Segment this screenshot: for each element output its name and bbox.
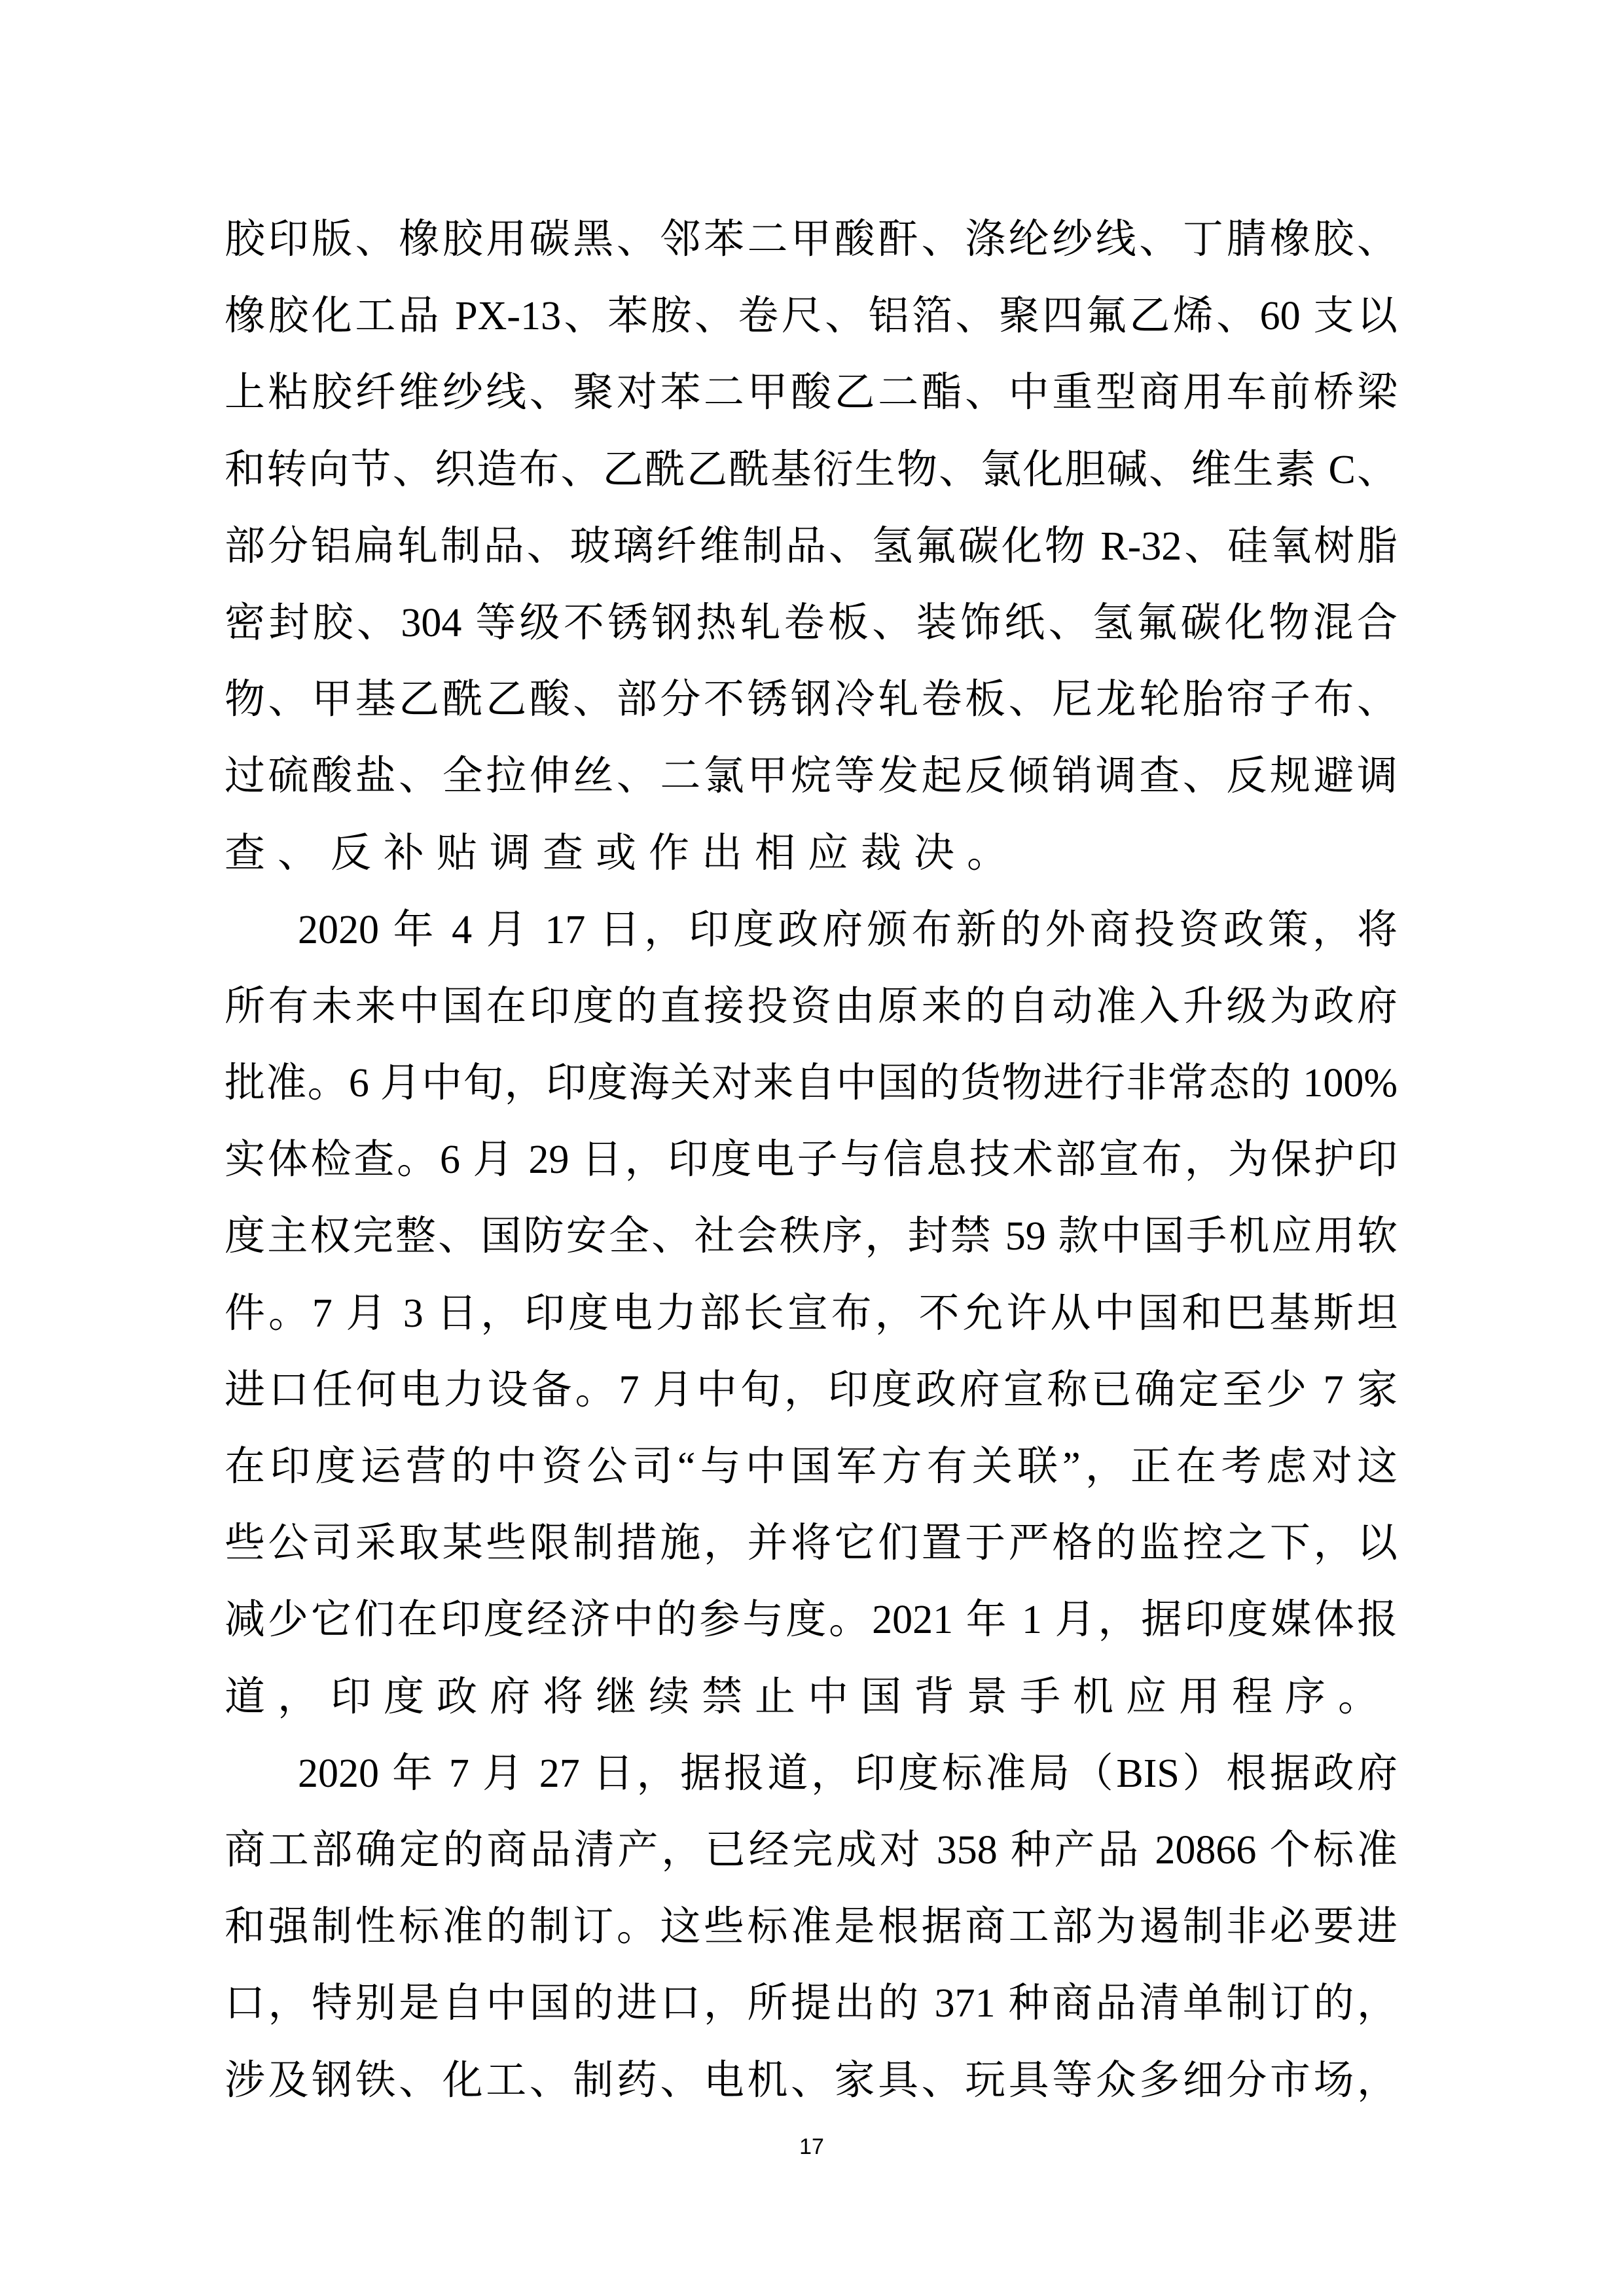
text-line: 道，印度政府将继续禁止中国背景手机应用程序。 (225, 1666, 1398, 1742)
page-number: 17 (785, 2134, 838, 2160)
text-line: 过硫酸盐、全拉伸丝、二氯甲烷等发起反倾销调查、反规避调 (225, 745, 1398, 821)
text-line: 批准。6 月中旬，印度海关对来自中国的货物进行非常态的 100% (225, 1052, 1398, 1128)
body-text: 胶印版、橡胶用碳黑、邻苯二甲酸酐、涤纶纱线、丁腈橡胶、 橡胶化工品 PX-13、… (225, 208, 1398, 2126)
text-line: 胶印版、橡胶用碳黑、邻苯二甲酸酐、涤纶纱线、丁腈橡胶、 (225, 208, 1398, 285)
text-line: 减少它们在印度经济中的参与度。2021 年 1 月，据印度媒体报 (225, 1588, 1398, 1665)
paragraph-product-list: 胶印版、橡胶用碳黑、邻苯二甲酸酐、涤纶纱线、丁腈橡胶、 橡胶化工品 PX-13、… (225, 208, 1398, 899)
text-line: 橡胶化工品 PX-13、苯胺、卷尺、铝箔、聚四氟乙烯、60 支以 (225, 285, 1398, 361)
text-line: 进口任何电力设备。7 月中旬，印度政府宣称已确定至少 7 家 (225, 1359, 1398, 1435)
text-line: 口，特别是自中国的进口，所提出的 371 种商品清单制订的， (225, 1972, 1398, 2049)
text-line: 2020 年 4 月 17 日，印度政府颁布新的外商投资政策，将 (225, 899, 1398, 975)
document-page: 胶印版、橡胶用碳黑、邻苯二甲酸酐、涤纶纱线、丁腈橡胶、 橡胶化工品 PX-13、… (0, 0, 1624, 2296)
text-line: 和强制性标准的制订。这些标准是根据商工部为遏制非必要进 (225, 1895, 1398, 1972)
text-line: 查、反补贴调查或作出相应裁决。 (225, 822, 1398, 899)
text-line: 所有未来中国在印度的直接投资由原来的自动准入升级为政府 (225, 975, 1398, 1052)
paragraph-fdi-policy: 2020 年 4 月 17 日，印度政府颁布新的外商投资政策，将 所有未来中国在… (225, 899, 1398, 1742)
text-line: 密封胶、304 等级不锈钢热轧卷板、装饰纸、氢氟碳化物混合 (225, 592, 1398, 668)
text-line: 实体检查。6 月 29 日，印度电子与信息技术部宣布，为保护印 (225, 1128, 1398, 1205)
text-line: 上粘胶纤维纱线、聚对苯二甲酸乙二酯、中重型商用车前桥梁 (225, 361, 1398, 438)
text-line: 物、甲基乙酰乙酸、部分不锈钢冷轧卷板、尼龙轮胎帘子布、 (225, 668, 1398, 745)
paragraph-bis-standards: 2020 年 7 月 27 日，据报道，印度标准局（BIS）根据政府 商工部确定… (225, 1742, 1398, 2126)
text-line: 度主权完整、国防安全、社会秩序，封禁 59 款中国手机应用软 (225, 1205, 1398, 1282)
text-line: 件。7 月 3 日，印度电力部长宣布，不允许从中国和巴基斯坦 (225, 1282, 1398, 1359)
text-line: 部分铝扁轧制品、玻璃纤维制品、氢氟碳化物 R-32、硅氧树脂 (225, 515, 1398, 592)
text-line: 2020 年 7 月 27 日，据报道，印度标准局（BIS）根据政府 (225, 1742, 1398, 1819)
text-line: 涉及钢铁、化工、制药、电机、家具、玩具等众多细分市场， (225, 2049, 1398, 2126)
text-line: 和转向节、织造布、乙酰乙酰基衍生物、氯化胆碱、维生素 C、 (225, 439, 1398, 515)
text-line: 些公司采取某些限制措施，并将它们置于严格的监控之下，以 (225, 1512, 1398, 1588)
text-line: 商工部确定的商品清产，已经完成对 358 种产品 20866 个标准 (225, 1819, 1398, 1895)
text-line: 在印度运营的中资公司“与中国军方有关联”，正在考虑对这 (225, 1435, 1398, 1512)
